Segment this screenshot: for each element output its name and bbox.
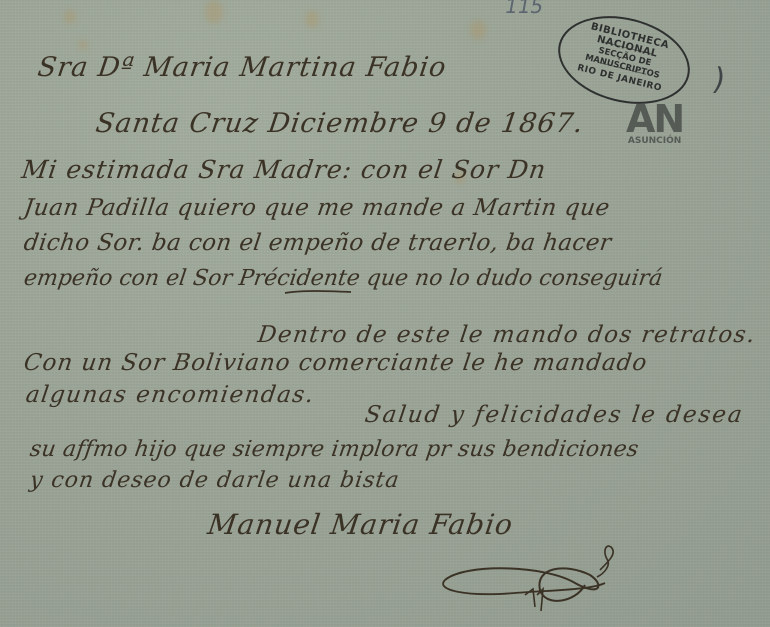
letter-body-line: Dentro de este le mando dos retratos. bbox=[256, 322, 758, 348]
letter-place-date: Santa Cruz Diciembre 9 de 1867. bbox=[94, 108, 586, 139]
archive-folio-number: 115 bbox=[503, 0, 545, 18]
letter-body-line: Con un Sor Boliviano comerciante le he m… bbox=[22, 350, 649, 376]
letter-closing-line: su affmo hijo que siempre implora pr sus… bbox=[28, 437, 640, 462]
foxing-stain bbox=[205, 0, 223, 24]
foxing-stain bbox=[470, 20, 486, 40]
archive-logo: AN bbox=[626, 102, 683, 136]
signature-flourish-icon bbox=[425, 545, 625, 625]
letter-closing-line: Salud y felicidades le desea bbox=[363, 402, 745, 428]
letter-signature: Manuel Maria Fabio bbox=[206, 508, 516, 541]
foxing-stain bbox=[64, 10, 76, 24]
letter-closing-line: y con deseo de darle una bista bbox=[28, 468, 401, 493]
letter-addressee: Sra Dª Maria Martina Fabio bbox=[36, 52, 449, 83]
letter-body-line: algunas encomiendas. bbox=[24, 382, 316, 408]
underline-stroke-icon bbox=[283, 288, 353, 296]
letter-body-line: Juan Padilla quiero que me mande a Marti… bbox=[22, 195, 611, 221]
foxing-stain bbox=[305, 10, 319, 28]
foxing-stain bbox=[78, 40, 88, 50]
archive-subtext: ASUNCIÓN bbox=[626, 136, 683, 146]
letter-body-line: Mi estimada Sra Madre: con el Sor Dn bbox=[20, 155, 548, 184]
letter-body-line: dicho Sor. ba con el empeño de traerlo, … bbox=[22, 230, 613, 256]
archive-mark: AN ASUNCIÓN bbox=[626, 102, 683, 146]
